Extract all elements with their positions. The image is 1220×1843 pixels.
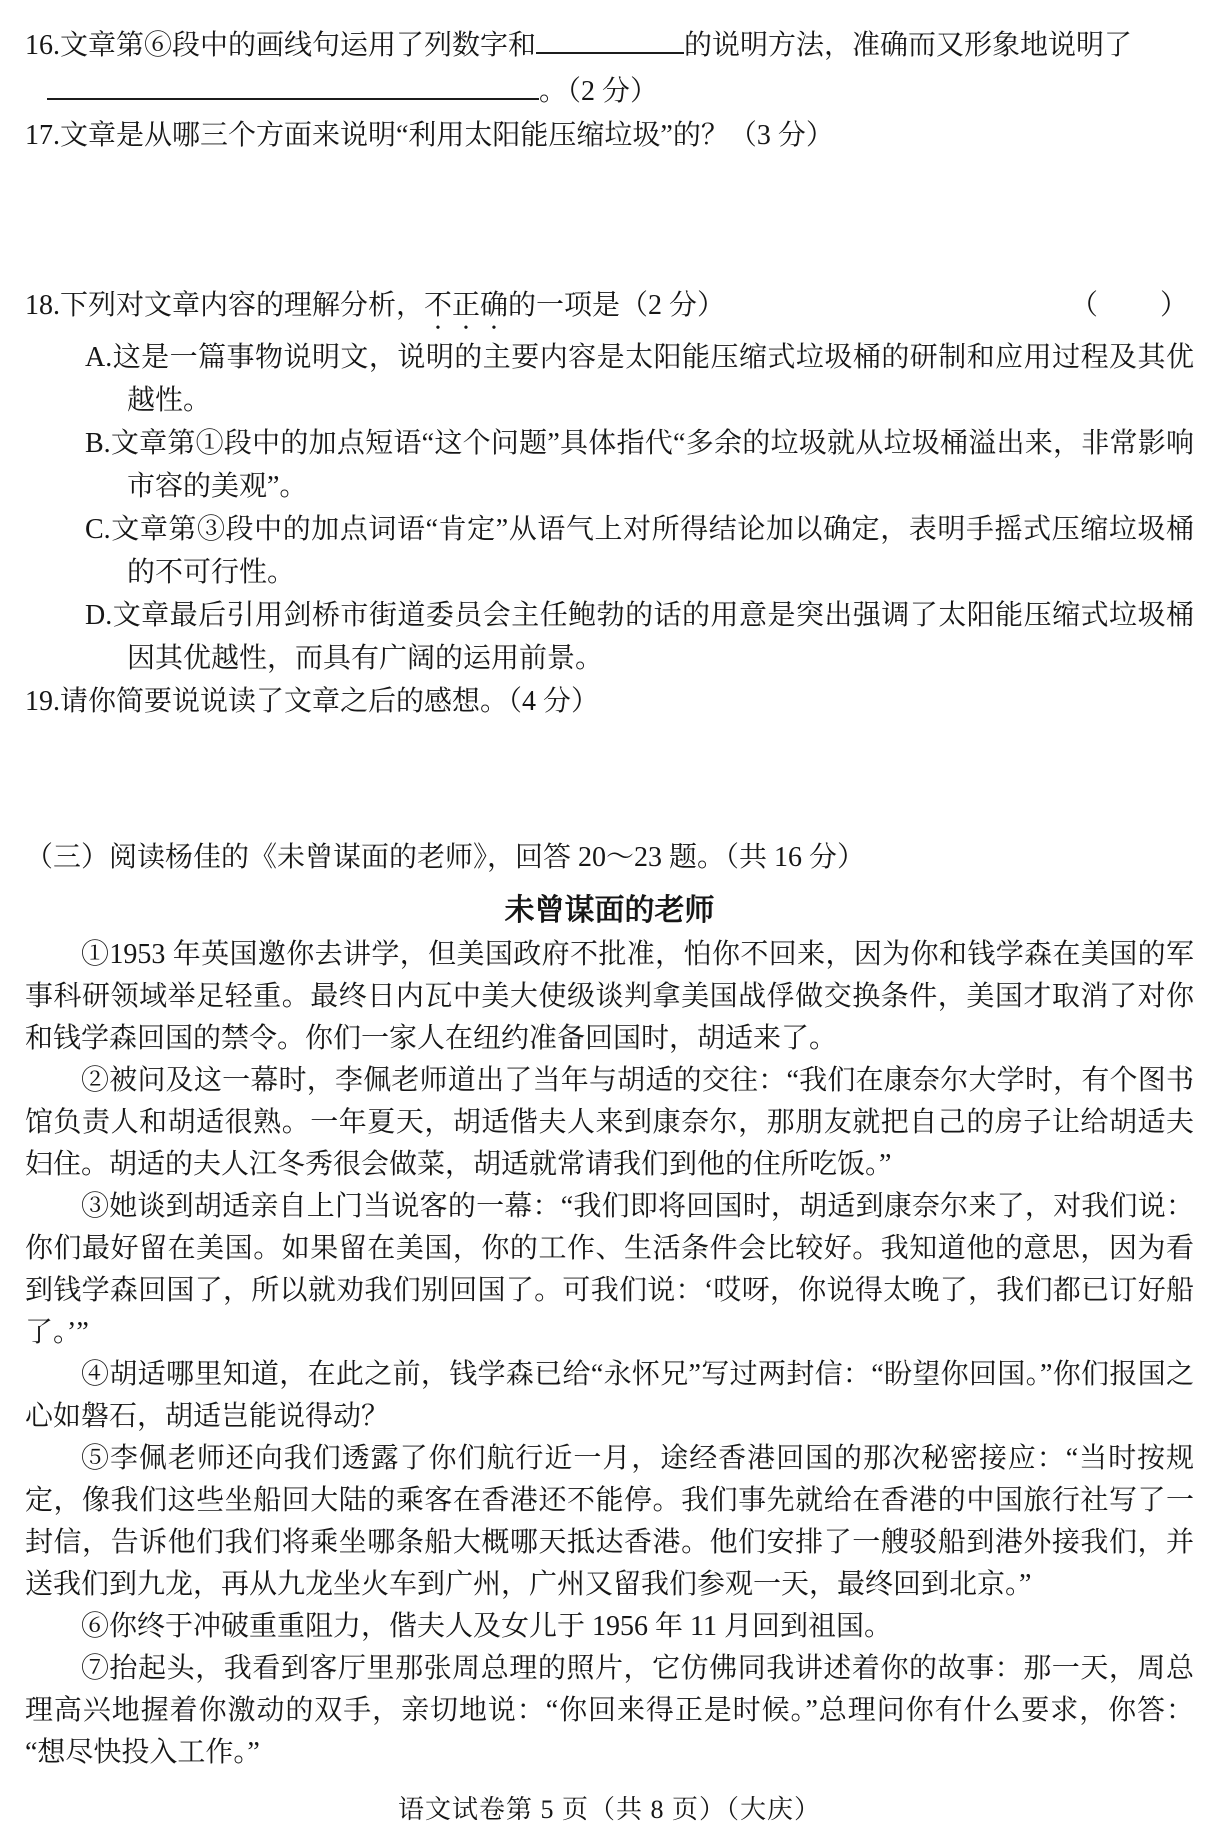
exam-page: 16.文章第⑥段中的画线句运用了列数字和的说明方法，准确而又形象地说明了 。（2… <box>0 0 1220 1843</box>
fill-blank-underline <box>47 68 539 100</box>
option-c: C.文章第③段中的加点词语“肯定”从语气上对所得结论加以确定，表明手摇式压缩垃圾… <box>85 508 1194 594</box>
question-18-stem-text: 18.下列对文章内容的理解分析，不正确的一项是（2 分） <box>25 284 725 336</box>
fill-blank-underline <box>536 22 684 54</box>
question-16-line1: 16.文章第⑥段中的画线句运用了列数字和的说明方法，准确而又形象地说明了 <box>25 22 1194 68</box>
passage-paragraph-7: ⑦抬起头，我看到客厅里那张周总理的照片，它仿佛同我讲述着你的故事：那一天，周总理… <box>25 1648 1194 1774</box>
option-b: B.文章第①段中的加点短语“这个问题”具体指代“多余的垃圾就从垃圾桶溢出来，非常… <box>85 422 1194 508</box>
question-18-stem: 18.下列对文章内容的理解分析，不正确的一项是（2 分） （ ） <box>25 284 1194 336</box>
question-16-text-mid: 的说明方法，准确而又形象地说明了 <box>684 30 1132 61</box>
answer-bracket: （ ） <box>1070 284 1190 328</box>
page-footer: 语文试卷第 5 页（共 8 页）（大庆） <box>25 1790 1194 1830</box>
passage-title: 未曾谋面的老师 <box>25 888 1194 934</box>
question-16-text-post: 。（2 分） <box>539 76 658 107</box>
section-3-header: （三）阅读杨佳的《未曾谋面的老师》，回答 20～23 题。（共 16 分） <box>25 836 1194 880</box>
passage-paragraph-1: ①1953 年英国邀你去讲学，但美国政府不批准，怕你不回来，因为你和钱学森在美国… <box>25 934 1194 1060</box>
question-19: 19.请你简要说说读了文章之后的感想。（4 分） <box>25 680 1194 724</box>
question-16-line2: 。（2 分） <box>25 68 1194 114</box>
question-16-text-pre: 16.文章第⑥段中的画线句运用了列数字和 <box>25 30 536 61</box>
question-17: 17.文章是从哪三个方面来说明“利用太阳能压缩垃圾”的？（3 分） <box>25 114 1194 158</box>
stem-post: 的一项是（2 分） <box>508 290 725 321</box>
option-a: A.这是一篇事物说明文，说明的主要内容是太阳能压缩式垃圾桶的研制和应用过程及其优… <box>85 336 1194 422</box>
passage-paragraph-2: ②被问及这一幕时，李佩老师道出了当年与胡适的交往：“我们在康奈尔大学时，有个图书… <box>25 1060 1194 1186</box>
passage-paragraph-3: ③她谈到胡适亲自上门当说客的一幕：“我们即将回国时，胡适到康奈尔来了，对我们说：… <box>25 1186 1194 1354</box>
passage-paragraph-4: ④胡适哪里知道，在此之前，钱学森已给“永怀兄”写过两封信：“盼望你回国。”你们报… <box>25 1354 1194 1438</box>
option-d: D.文章最后引用剑桥市街道委员会主任鲍勃的话的用意是突出强调了太阳能压缩式垃圾桶… <box>85 594 1194 680</box>
stem-pre: 18.下列对文章内容的理解分析， <box>25 290 424 321</box>
emphasized-text: 不正确 <box>424 290 508 321</box>
passage-paragraph-6: ⑥你终于冲破重重阻力，偕夫人及女儿于 1956 年 11 月回到祖国。 <box>25 1606 1194 1648</box>
passage-paragraph-5: ⑤李佩老师还向我们透露了你们航行近一月，途经香港回国的那次秘密接应：“当时按规定… <box>25 1438 1194 1606</box>
